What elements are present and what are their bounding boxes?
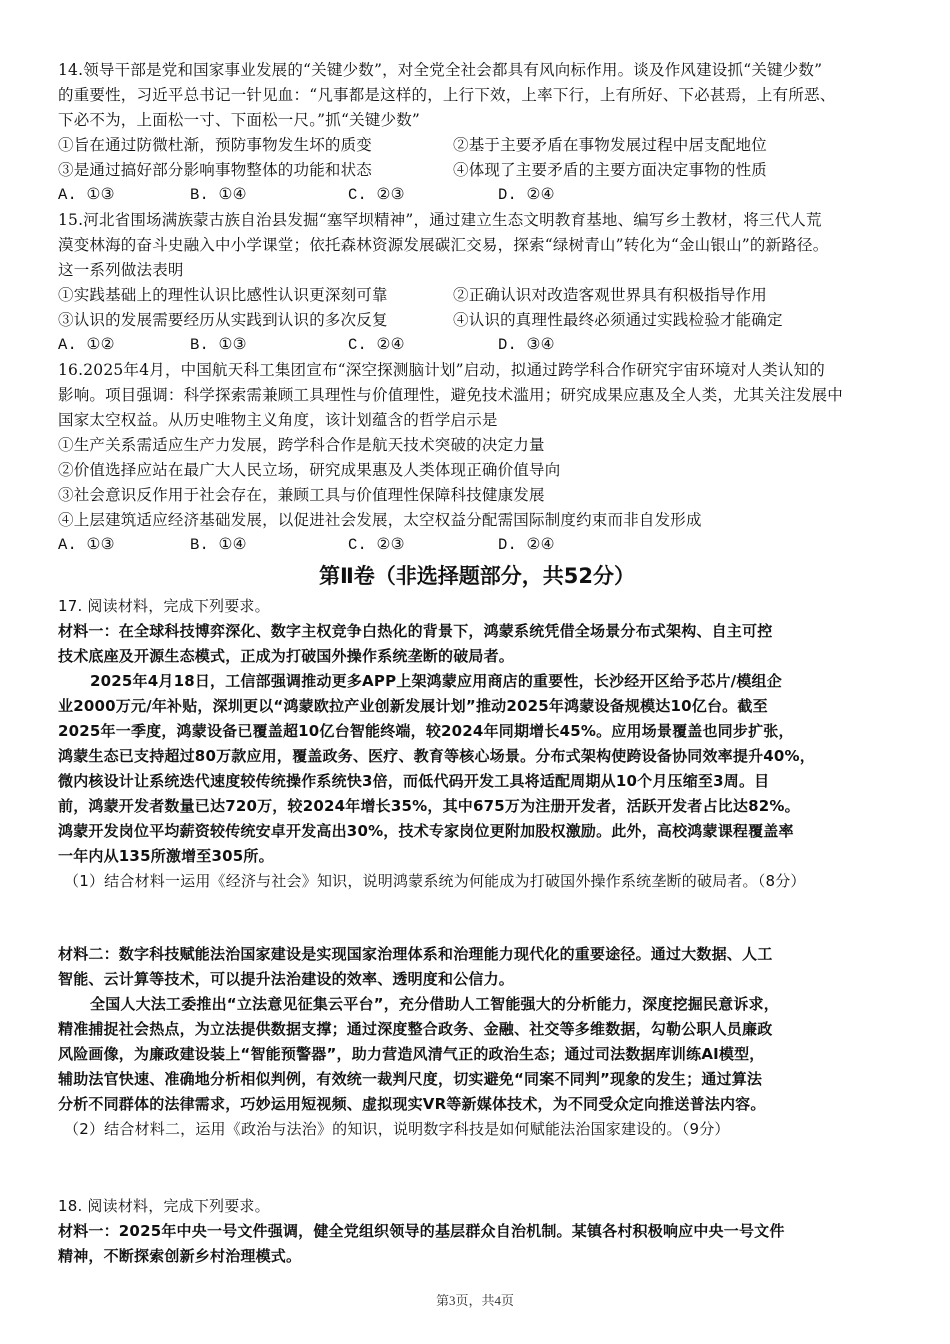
answer-choices: A. ①② B. ①③ C. ②④ D. ③④ <box>58 333 896 358</box>
statement-row: ①实践基础上的理性认识比感性认识更深刻可靠 ②正确认识对改造客观世界具有积极指导… <box>58 283 896 308</box>
statement-row: ①旨在通过防微杜渐，预防事物发生坏的质变 ②基于主要矛盾在事物发展过程中居支配地… <box>58 133 896 158</box>
section-title: 第Ⅱ卷（非选择题部分，共52分） <box>58 558 896 594</box>
statement-2: ②正确认识对改造客观世界具有积极指导作用 <box>453 283 767 308</box>
material-line: 智能、云计算等技术，可以提升法治建设的效率、透明度和公信力。 <box>58 967 896 992</box>
statement-2: ②基于主要矛盾在事物发展过程中居支配地位 <box>453 133 767 158</box>
choice-a: A. ①② <box>58 333 190 358</box>
question-heading: 18. 阅读材料，完成下列要求。 <box>58 1194 896 1219</box>
statement-4: ④认识的真理性最终必须通过实践检验才能确定 <box>453 308 783 333</box>
sub-question-2: （2）结合材料二，运用《政治与法治》的知识，说明数字科技是如何赋能法治国家建设的… <box>58 1117 896 1142</box>
choice-d: D. ②④ <box>498 183 555 208</box>
material-line: 前，鸿蒙开发者数量已达720万，较2024年增长35%，其中675万为注册开发者… <box>58 794 896 819</box>
answer-choices: A. ①③ B. ①④ C. ②③ D. ②④ <box>58 183 896 208</box>
statement-3: ③认识的发展需要经历从实践到认识的多次反复 <box>58 308 453 333</box>
statement-3: ③社会意识反作用于社会存在，兼顾工具与价值理性保障科技健康发展 <box>58 483 896 508</box>
statement-4: ④上层建筑适应经济基础发展，以促进社会发展，太空权益分配需国际制度约束而非自发形… <box>58 508 896 533</box>
exam-page: 14.领导干部是党和国家事业发展的“关键少数”，对全党全社会都具有风向标作用。谈… <box>58 58 896 1269</box>
choice-b: B. ①③ <box>190 333 348 358</box>
question-17: 17. 阅读材料，完成下列要求。 材料一：在全球科技博弈深化、数字主权竞争白热化… <box>58 594 896 1194</box>
page-number: 第3页，共4页 <box>0 1290 950 1309</box>
answer-choices: A. ①③ B. ①④ C. ②③ D. ②④ <box>58 533 896 558</box>
choice-c: C. ②③ <box>348 183 498 208</box>
material-line: 2025年4月18日，工信部强调推动更多APP上架鸿蒙应用商店的重要性，长沙经开… <box>58 669 896 694</box>
material-line: 鸿蒙生态已支持超过80万款应用，覆盖政务、医疗、教育等核心场景。分布式架构使跨设… <box>58 744 896 769</box>
choice-b: B. ①④ <box>190 183 348 208</box>
question-14: 14.领导干部是党和国家事业发展的“关键少数”，对全党全社会都具有风向标作用。谈… <box>58 58 896 208</box>
sub-question-1: （1）结合材料一运用《经济与社会》知识，说明鸿蒙系统为何能成为打破国外操作系统垄… <box>58 869 896 894</box>
choice-a: A. ①③ <box>58 533 190 558</box>
question-stem-line: 这一系列做法表明 <box>58 258 896 283</box>
material-line: 鸿蒙开发岗位平均薪资较传统安卓开发高出30%，技术专家岗位更附加股权激励。此外，… <box>58 819 896 844</box>
question-heading: 17. 阅读材料，完成下列要求。 <box>58 594 896 619</box>
question-stem-line: 15.河北省围场满族蒙古族自治县发掘“塞罕坝精神”，通过建立生态文明教育基地、编… <box>58 208 896 233</box>
material-line: 一年内从135所激增至305所。 <box>58 844 896 869</box>
material-line: 精神，不断探索创新乡村治理模式。 <box>58 1244 896 1269</box>
material-line: 材料一：2025年中央一号文件强调，健全党组织领导的基层群众自治机制。某镇各村积… <box>58 1219 896 1244</box>
material-line: 技术底座及开源生态模式，正成为打破国外操作系统垄断的破局者。 <box>58 644 896 669</box>
choice-d: D. ③④ <box>498 333 555 358</box>
statement-1: ①旨在通过防微杜渐，预防事物发生坏的质变 <box>58 133 453 158</box>
question-stem-line: 14.领导干部是党和国家事业发展的“关键少数”，对全党全社会都具有风向标作用。谈… <box>58 58 896 83</box>
material-line: 全国人大法工委推出“立法意见征集云平台”，充分借助人工智能强大的分析能力，深度挖… <box>58 992 896 1017</box>
material-line: 微内核设计让系统迭代速度较传统操作系统快3倍，而低代码开发工具将适配周期从10个… <box>58 769 896 794</box>
answer-space <box>58 1142 896 1194</box>
question-stem-line: 的重要性，习近平总书记一针见血：“凡事都是这样的，上行下效，上率下行，上有所好、… <box>58 83 896 108</box>
question-15: 15.河北省围场满族蒙古族自治县发掘“塞罕坝精神”，通过建立生态文明教育基地、编… <box>58 208 896 358</box>
statement-row: ③认识的发展需要经历从实践到认识的多次反复 ④认识的真理性最终必须通过实践检验才… <box>58 308 896 333</box>
question-stem-line: 16.2025年4月，中国航天科工集团宣布“深空探测脑计划”启动，拟通过跨学科合… <box>58 358 896 383</box>
material-line: 材料一：在全球科技博弈深化、数字主权竞争白热化的背景下，鸿蒙系统凭借全场景分布式… <box>58 619 896 644</box>
statement-2: ②价值选择应站在最广大人民立场，研究成果惠及人类体现正确价值导向 <box>58 458 896 483</box>
material-line: 分析不同群体的法律需求，巧妙运用短视频、虚拟现实VR等新媒体技术，为不同受众定向… <box>58 1092 896 1117</box>
choice-b: B. ①④ <box>190 533 348 558</box>
choice-d: D. ②④ <box>498 533 555 558</box>
question-stem-line: 漠变林海的奋斗史融入中小学课堂；依托森林资源发展碳汇交易，探索“绿树青山”转化为… <box>58 233 896 258</box>
question-18: 18. 阅读材料，完成下列要求。 材料一：2025年中央一号文件强调，健全党组织… <box>58 1194 896 1269</box>
statement-row: ③是通过搞好部分影响事物整体的功能和状态 ④体现了主要矛盾的主要方面决定事物的性… <box>58 158 896 183</box>
material-line: 辅助法官快速、准确地分析相似判例，有效统一裁判尺度，切实避免“同案不同判”现象的… <box>58 1067 896 1092</box>
question-stem-line: 国家太空权益。从历史唯物主义角度，该计划蕴含的哲学启示是 <box>58 408 896 433</box>
choice-c: C. ②③ <box>348 533 498 558</box>
material-line: 材料二：数字科技赋能法治国家建设是实现国家治理体系和治理能力现代化的重要途径。通… <box>58 942 896 967</box>
material-line: 2025年一季度，鸿蒙设备已覆盖超10亿台智能终端，较2024年同期增长45%。… <box>58 719 896 744</box>
answer-space <box>58 894 896 942</box>
material-line: 精准捕捉社会热点，为立法提供数据支撑；通过深度整合政务、金融、社交等多维数据，勾… <box>58 1017 896 1042</box>
statement-1: ①生产关系需适应生产力发展，跨学科合作是航天技术突破的决定力量 <box>58 433 896 458</box>
choice-c: C. ②④ <box>348 333 498 358</box>
statement-3: ③是通过搞好部分影响事物整体的功能和状态 <box>58 158 453 183</box>
question-stem-line: 下必不为，上面松一寸、下面松一尺。”抓“关键少数” <box>58 108 896 133</box>
question-stem-line: 影响。项目强调：科学探索需兼顾工具理性与价值理性，避免技术滥用；研究成果应惠及全… <box>58 383 896 408</box>
statement-4: ④体现了主要矛盾的主要方面决定事物的性质 <box>453 158 767 183</box>
question-16: 16.2025年4月，中国航天科工集团宣布“深空探测脑计划”启动，拟通过跨学科合… <box>58 358 896 558</box>
material-line: 风险画像，为廉政建设装上“智能预警器”，助力营造风清气正的政治生态；通过司法数据… <box>58 1042 896 1067</box>
statement-1: ①实践基础上的理性认识比感性认识更深刻可靠 <box>58 283 453 308</box>
material-line: 业2000万元/年补贴，深圳更以“鸿蒙欧拉产业创新发展计划”推动2025年鸿蒙设… <box>58 694 896 719</box>
choice-a: A. ①③ <box>58 183 190 208</box>
